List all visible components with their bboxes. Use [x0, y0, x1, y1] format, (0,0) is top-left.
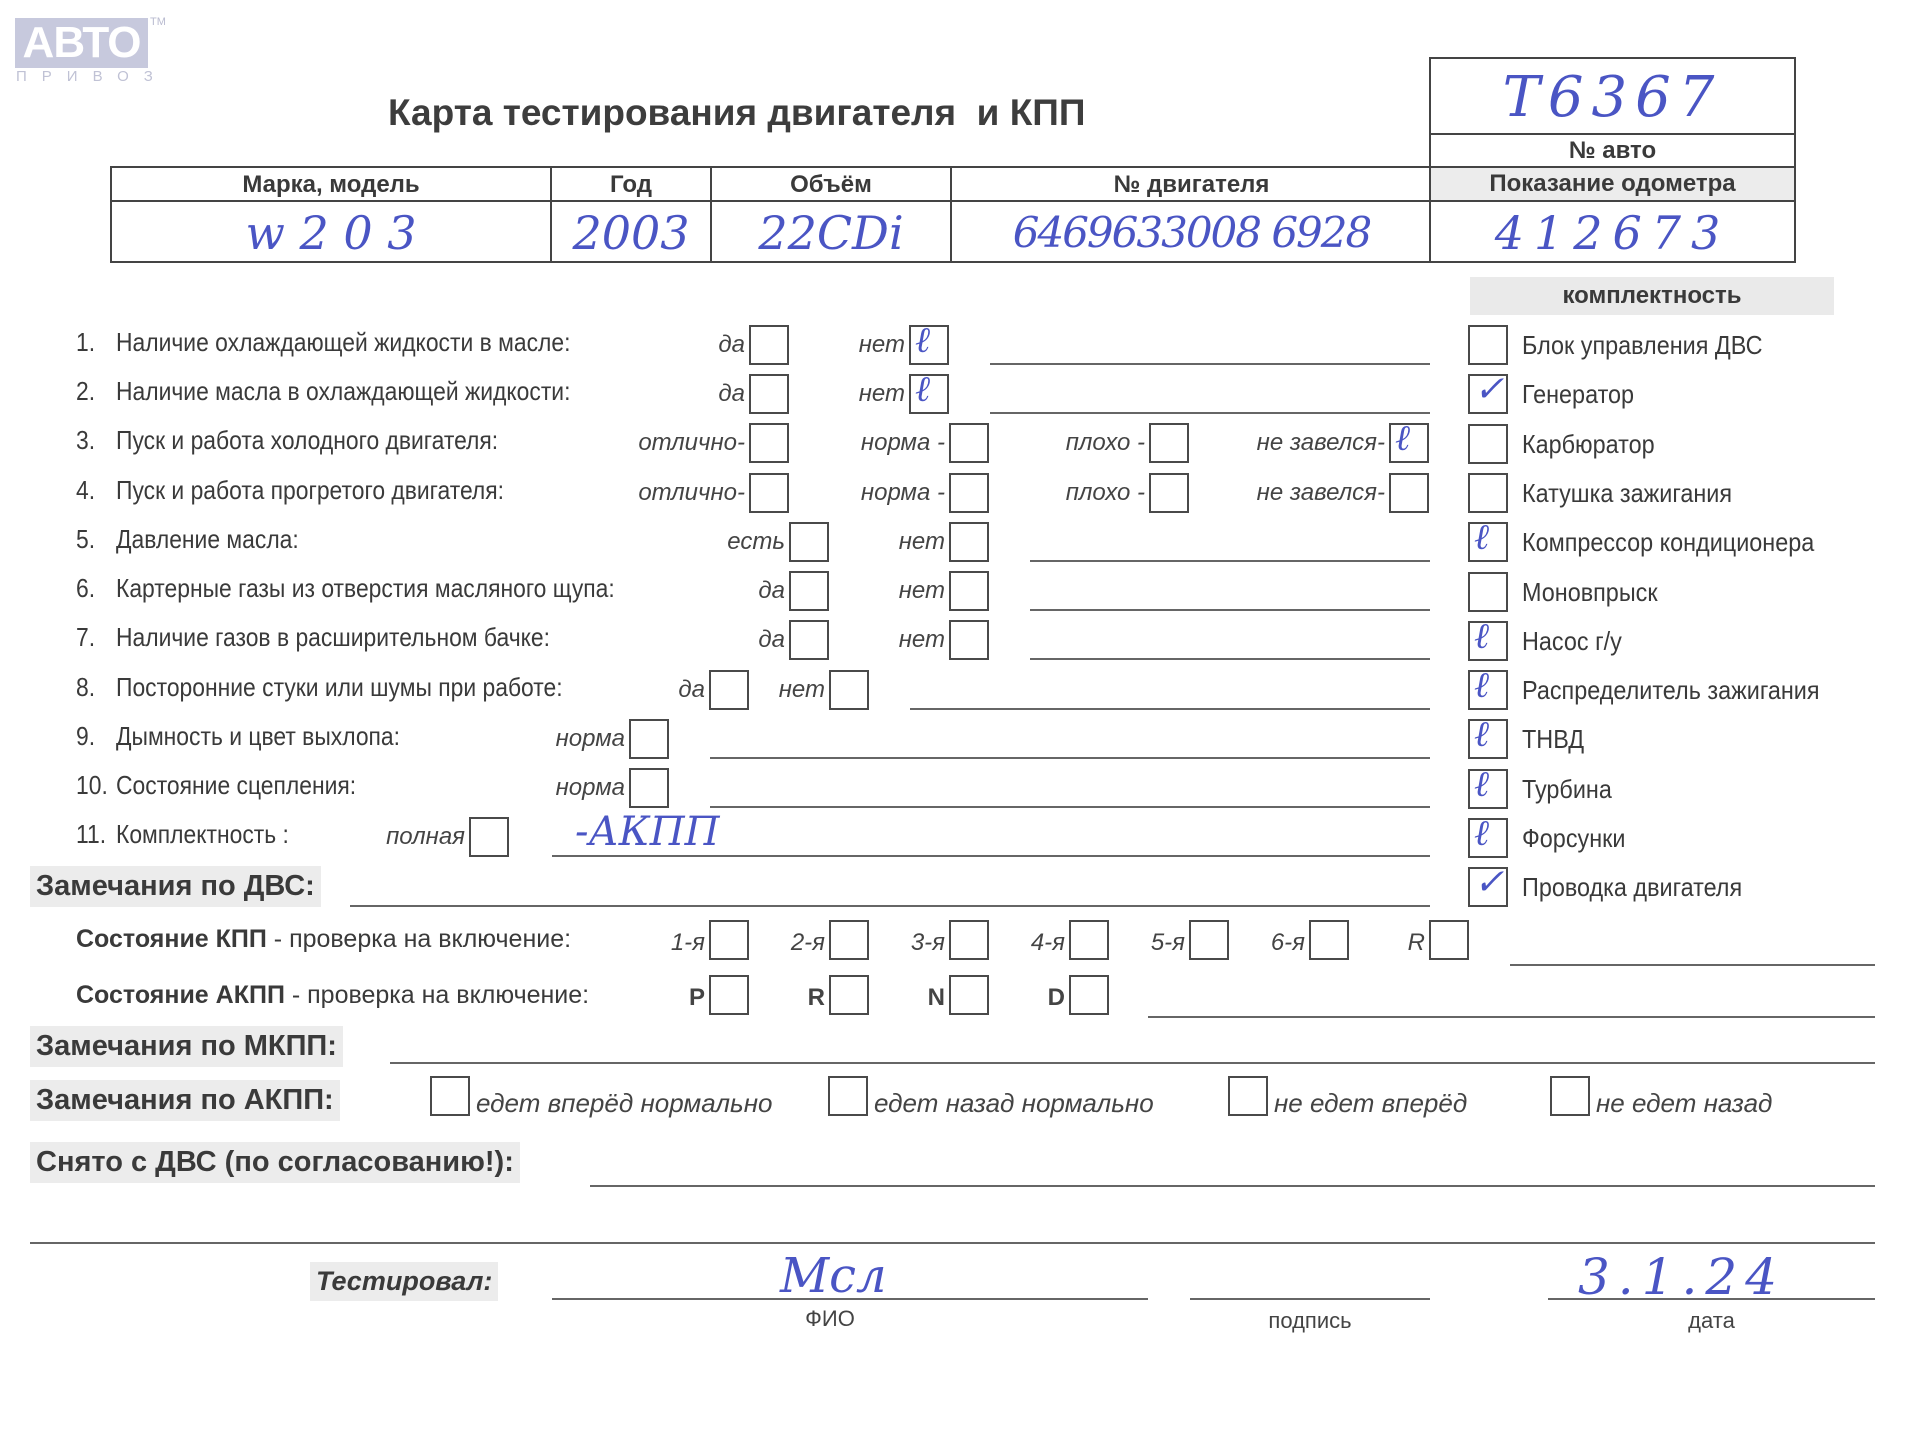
option-label: да — [589, 331, 745, 359]
option-label: плохо - — [989, 429, 1145, 457]
checkmark-icon: ℓ — [915, 321, 930, 361]
engine-number-value[interactable]: 6469633008 6928 — [952, 202, 1431, 264]
remarks-mkpp-field[interactable] — [390, 1062, 1875, 1064]
kpp-notes-field[interactable] — [1510, 964, 1875, 966]
car-number-odometer-box: T6367 № авто Показание одометра 412673 — [1429, 57, 1796, 263]
option-label: плохо - — [989, 479, 1145, 507]
akpp-notes-field[interactable] — [1148, 1016, 1875, 1018]
gear-label: 6-я — [1245, 929, 1305, 957]
logo-trademark: TM — [150, 16, 166, 28]
option-checkbox[interactable]: ℓ — [1389, 423, 1429, 463]
komplektnost-label: Насос г/у — [1522, 626, 1622, 657]
checkmark-icon: ℓ — [1474, 617, 1489, 657]
gear-label: N — [905, 984, 945, 1012]
komplektnost-label: Проводка двигателя — [1522, 872, 1742, 903]
car-number-value[interactable]: T6367 — [1431, 63, 1794, 133]
option-checkbox[interactable] — [1389, 473, 1429, 513]
signature-field[interactable] — [1190, 1298, 1430, 1300]
option-label: есть — [629, 528, 785, 556]
option-label: нет — [749, 331, 905, 359]
option-checkbox[interactable] — [629, 768, 669, 808]
akpp-remark-label: едет назад нормально — [874, 1088, 1154, 1119]
komplektnost-checkbox[interactable] — [1468, 424, 1508, 464]
kpp-check-label: Состояние КПП - проверка на включение: — [76, 925, 571, 954]
akpp-remark-checkbox[interactable] — [430, 1076, 470, 1116]
checklist-item-number: 7. — [76, 622, 95, 653]
gear-label: 4-я — [1005, 929, 1065, 957]
checklist-item-number: 9. — [76, 721, 95, 752]
checklist-handwritten-note: -АКПП — [575, 809, 720, 855]
komplektnost-label: Компрессор кондиционера — [1522, 527, 1814, 558]
option-label: да — [629, 626, 785, 654]
gear-checkbox[interactable] — [709, 975, 749, 1015]
checkmark-icon: ℓ — [1474, 518, 1489, 558]
option-checkbox[interactable]: ℓ — [909, 325, 949, 365]
checklist-item-number: 5. — [76, 524, 95, 555]
gear-checkbox[interactable] — [1309, 920, 1349, 960]
checkmark-icon: ℓ — [1474, 666, 1489, 706]
akpp-remark-label: едет вперёд нормально — [476, 1088, 772, 1119]
komplektnost-checkbox[interactable]: ℓ — [1468, 769, 1508, 809]
akpp-remark-label: не едет назад — [1596, 1088, 1772, 1119]
gear-checkbox[interactable] — [829, 920, 869, 960]
checklist-item-number: 11. — [76, 819, 106, 850]
column-header-engine-number: № двигателя — [952, 168, 1431, 202]
vehicle-info-table: Марка, модель w 2 0 3 Год 2003 Объём 22C… — [110, 166, 1431, 263]
komplektnost-checkbox[interactable] — [1468, 325, 1508, 365]
gear-checkbox[interactable] — [1429, 920, 1469, 960]
tested-by-label: Тестировал: — [310, 1262, 498, 1301]
checklist-item-label: Пуск и работа холодного двигателя: — [116, 425, 498, 456]
option-label: отлично- — [589, 429, 745, 457]
car-number-label: № авто — [1431, 135, 1794, 167]
option-label: полная — [309, 823, 465, 851]
date-value: 3.1.24 — [1578, 1248, 1785, 1306]
option-checkbox[interactable] — [749, 473, 789, 513]
option-label: норма — [469, 774, 625, 802]
akpp-label-rest: - проверка на включение: — [285, 981, 589, 1009]
checklist-item-number: 1. — [76, 327, 95, 358]
checklist-item-label: Наличие масла в охлаждающей жидкости: — [116, 376, 570, 407]
checklist-item-number: 10. — [76, 770, 108, 801]
komplektnost-checkbox[interactable]: ✓ — [1468, 867, 1508, 907]
option-label: нет — [669, 676, 825, 704]
option-label: норма - — [789, 479, 945, 507]
option-checkbox[interactable] — [949, 522, 989, 562]
option-label: норма — [469, 725, 625, 753]
remarks-dvs-field[interactable] — [350, 905, 1430, 907]
option-label: да — [629, 577, 785, 605]
gear-label: D — [1025, 984, 1065, 1012]
checklist-notes-field[interactable] — [1030, 658, 1430, 660]
odometer-value[interactable]: 412673 — [1431, 202, 1794, 264]
checklist-notes-field[interactable] — [1030, 609, 1430, 611]
gear-checkbox[interactable] — [829, 975, 869, 1015]
remarks-mkpp-label: Замечания по МКПП: — [30, 1026, 343, 1067]
komplektnost-checkbox[interactable]: ✓ — [1468, 374, 1508, 414]
komplektnost-label: Распределитель зажигания — [1522, 675, 1820, 706]
option-checkbox[interactable] — [829, 670, 869, 710]
page-title: Карта тестирования двигателя и КПП — [388, 92, 1085, 134]
gear-checkbox[interactable] — [1069, 975, 1109, 1015]
option-checkbox[interactable] — [949, 423, 989, 463]
option-label: отлично- — [589, 479, 745, 507]
komplektnost-checkbox[interactable]: ℓ — [1468, 719, 1508, 759]
komplektnost-checkbox[interactable] — [1468, 572, 1508, 612]
checkmark-icon: ✓ — [1474, 370, 1504, 410]
option-label: не завелся- — [1229, 479, 1385, 507]
gear-label: R — [1365, 929, 1425, 957]
checklist-notes-field[interactable] — [990, 363, 1430, 365]
gear-checkbox[interactable] — [709, 920, 749, 960]
option-label: нет — [789, 626, 945, 654]
komplektnost-label: ТНВД — [1522, 724, 1584, 755]
option-checkbox[interactable]: ℓ — [909, 374, 949, 414]
signature-caption: подпись — [1190, 1308, 1430, 1334]
fio-caption: ФИО — [552, 1306, 1108, 1332]
year-value[interactable]: 2003 — [552, 202, 710, 264]
akpp-label-bold: Состояние АКПП — [76, 981, 285, 1009]
checklist-item-number: 3. — [76, 425, 95, 456]
gear-checkbox[interactable] — [1069, 920, 1109, 960]
option-label: норма - — [789, 429, 945, 457]
option-checkbox[interactable] — [1149, 473, 1189, 513]
akpp-check-label: Состояние АКПП - проверка на включение: — [76, 981, 589, 1010]
option-checkbox[interactable] — [949, 620, 989, 660]
option-label: нет — [749, 380, 905, 408]
komplektnost-label: Моновпрыск — [1522, 577, 1658, 608]
gear-label: 5-я — [1125, 929, 1185, 957]
kpp-label-rest: - проверка на включение: — [267, 925, 571, 953]
column-header-volume: Объём — [712, 168, 950, 202]
checklist-notes-field[interactable] — [710, 806, 1430, 808]
gear-checkbox[interactable] — [949, 920, 989, 960]
date-caption: дата — [1548, 1308, 1875, 1334]
gear-label: 3-я — [885, 929, 945, 957]
remarks-dvs-label: Замечания по ДВС: — [30, 866, 321, 907]
fio-value: Мсл — [780, 1248, 887, 1304]
checklist-item-number: 4. — [76, 475, 95, 506]
checklist-item-number: 2. — [76, 376, 95, 407]
komplektnost-label: Катушка зажигания — [1522, 478, 1732, 509]
checklist-item-number: 6. — [76, 573, 95, 604]
komplektnost-checkbox[interactable]: ℓ — [1468, 522, 1508, 562]
checkmark-icon: ℓ — [915, 370, 930, 410]
komplektnost-checkbox[interactable] — [1468, 473, 1508, 513]
checklist-notes-field[interactable] — [552, 855, 1430, 857]
option-checkbox[interactable] — [949, 571, 989, 611]
option-label: не завелся- — [1229, 429, 1385, 457]
checkmark-icon: ℓ — [1474, 814, 1489, 854]
separator-line — [30, 1242, 1875, 1244]
akpp-remark-checkbox[interactable] — [1228, 1076, 1268, 1116]
checklist-notes-field[interactable] — [910, 708, 1430, 710]
komplektnost-checkbox[interactable]: ℓ — [1468, 818, 1508, 858]
remarks-akpp-label: Замечания по АКПП: — [30, 1080, 340, 1121]
option-label: нет — [789, 577, 945, 605]
komplektnost-label: Турбина — [1522, 774, 1612, 805]
odometer-label: Показание одометра — [1431, 168, 1794, 200]
checklist-item-label: Наличие охлаждающей жидкости в масле: — [116, 327, 570, 358]
checklist-item-label: Комплектность : — [116, 819, 289, 850]
komplektnost-label: Форсунки — [1522, 823, 1625, 854]
checkmark-icon: ✓ — [1474, 863, 1504, 903]
komplektnost-label: Карбюратор — [1522, 429, 1655, 460]
option-label: нет — [789, 528, 945, 556]
make-model-value[interactable]: w 2 0 3 — [112, 202, 550, 264]
option-checkbox[interactable] — [949, 473, 989, 513]
checklist-item-number: 8. — [76, 672, 95, 703]
checklist-item-label: Пуск и работа прогретого двигателя: — [116, 475, 504, 506]
removed-from-engine-label: Снято с ДВС (по согласованию!): — [30, 1142, 520, 1183]
akpp-remark-label: не едет вперёд — [1274, 1088, 1467, 1119]
komplektnost-label: Генератор — [1522, 379, 1634, 410]
checklist-notes-field[interactable] — [1030, 560, 1430, 562]
komplektnost-label: Блок управления ДВС — [1522, 330, 1762, 361]
option-checkbox[interactable] — [749, 423, 789, 463]
checklist-item-label: Наличие газов в расширительном бачке: — [116, 622, 550, 653]
checklist-notes-field[interactable] — [990, 412, 1430, 414]
gear-label: R — [785, 984, 825, 1012]
checklist-notes-field[interactable] — [710, 757, 1430, 759]
checklist-item-label: Состояние сцепления: — [116, 770, 356, 801]
checkmark-icon: ℓ — [1474, 765, 1489, 805]
komplektnost-checkbox[interactable]: ℓ — [1468, 670, 1508, 710]
removed-from-engine-field[interactable] — [590, 1185, 1875, 1187]
komplektnost-heading: комплектность — [1470, 277, 1834, 315]
option-checkbox[interactable] — [469, 817, 509, 857]
avtoprivoz-logo: АВТО — [15, 18, 148, 68]
komplektnost-checkbox[interactable]: ℓ — [1468, 621, 1508, 661]
checkmark-icon: ℓ — [1395, 419, 1410, 459]
checklist-item-label: Картерные газы из отверстия масляного щу… — [116, 573, 615, 604]
logo-subtitle: ПРИВОЗ — [16, 68, 168, 85]
gear-label: 2-я — [765, 929, 825, 957]
option-checkbox[interactable] — [629, 719, 669, 759]
column-header-year: Год — [552, 168, 710, 202]
gear-checkbox[interactable] — [1189, 920, 1229, 960]
akpp-remark-checkbox[interactable] — [828, 1076, 868, 1116]
checkmark-icon: ℓ — [1474, 715, 1489, 755]
checklist-item-label: Дымность и цвет выхлопа: — [116, 721, 400, 752]
option-checkbox[interactable] — [1149, 423, 1189, 463]
volume-value[interactable]: 22CDi — [712, 202, 950, 264]
checklist-item-label: Давление масла: — [116, 524, 299, 555]
gear-label: P — [665, 984, 705, 1012]
checklist-item-label: Посторонние стуки или шумы при работе: — [116, 672, 563, 703]
column-header-make-model: Марка, модель — [112, 168, 550, 202]
akpp-remark-checkbox[interactable] — [1550, 1076, 1590, 1116]
gear-checkbox[interactable] — [949, 975, 989, 1015]
option-label: да — [589, 380, 745, 408]
gear-label: 1-я — [645, 929, 705, 957]
kpp-label-bold: Состояние КПП — [76, 925, 267, 953]
